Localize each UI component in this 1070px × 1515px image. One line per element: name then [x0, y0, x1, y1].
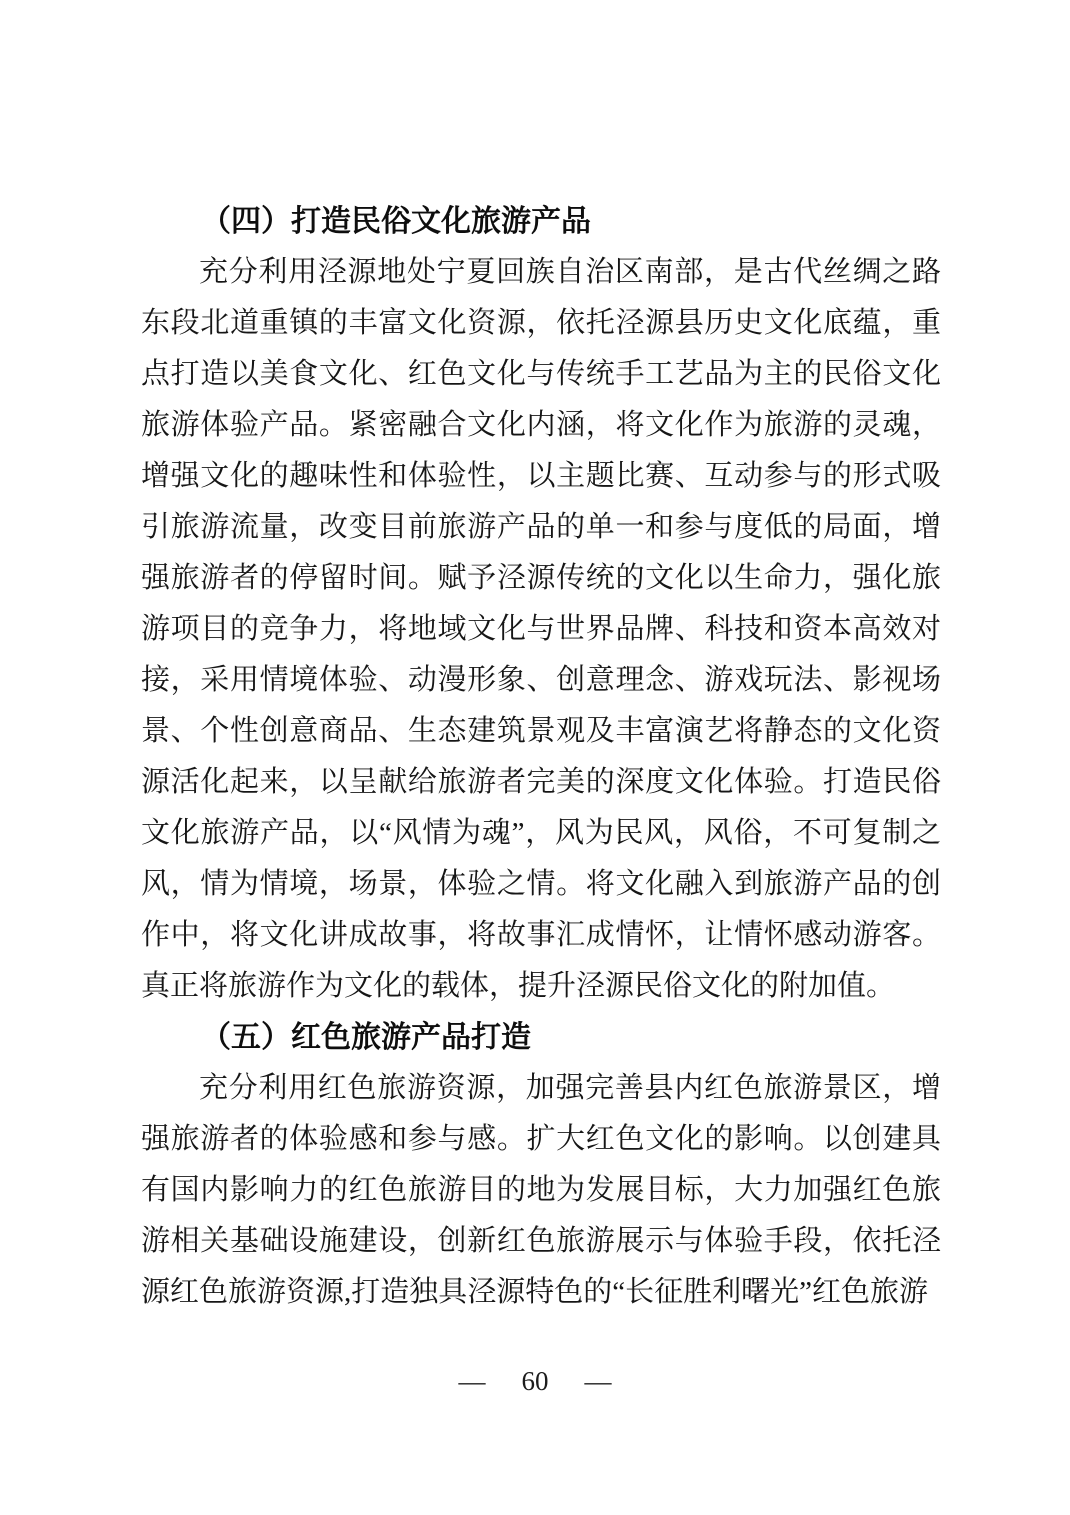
page-number: 60: [522, 1366, 549, 1397]
footer-left-dash: —: [459, 1366, 486, 1397]
section-5: （五）红色旅游产品打造 充分利用红色旅游资源，加强完善县内红色旅游景区，增强旅游…: [141, 1012, 941, 1318]
section-5-heading: （五）红色旅游产品打造: [141, 1012, 941, 1063]
page-footer: —60—: [0, 1366, 1070, 1397]
section-5-paragraph: 充分利用红色旅游资源，加强完善县内红色旅游景区，增强旅游者的体验感和参与感。扩大…: [141, 1063, 941, 1318]
section-4-paragraph: 充分利用泾源地处宁夏回族自治区南部，是古代丝绸之路东段北道重镇的丰富文化资源，依…: [141, 247, 941, 1012]
section-4: （四）打造民俗文化旅游产品 充分利用泾源地处宁夏回族自治区南部，是古代丝绸之路东…: [141, 196, 941, 1012]
footer-right-dash: —: [585, 1366, 612, 1397]
page-body-text: （四）打造民俗文化旅游产品 充分利用泾源地处宁夏回族自治区南部，是古代丝绸之路东…: [141, 196, 941, 1318]
section-4-heading: （四）打造民俗文化旅游产品: [141, 196, 941, 247]
document-page: （四）打造民俗文化旅游产品 充分利用泾源地处宁夏回族自治区南部，是古代丝绸之路东…: [0, 0, 1070, 1515]
